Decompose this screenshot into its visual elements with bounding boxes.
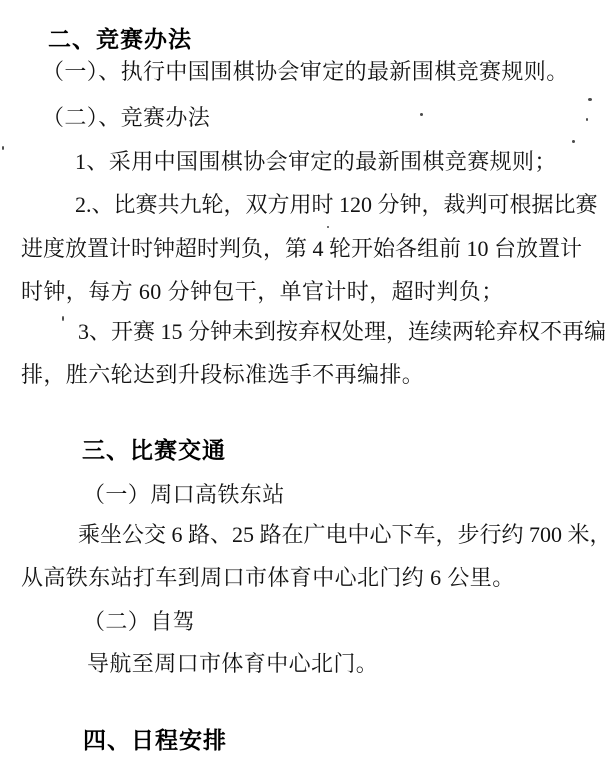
transport-sub2-title: （二）自驾 xyxy=(83,609,195,634)
transport-bus-line-1: 乘坐公交 6 路、25 路在广电中心下车，步行约 700 米， xyxy=(78,522,612,547)
method-item-2-line-3: 时钟，每方 60 分钟包干，单官计时，超时判负； xyxy=(21,279,504,304)
method-item-2-line-1: 2.、比赛共九轮，双方用时 120 分钟，裁判可根据比赛 xyxy=(75,192,598,217)
section-heading-transport: 三、比赛交通 xyxy=(82,437,226,463)
transport-bus-line-2: 从高铁东站打车到周口市体育中心北门约 6 公里。 xyxy=(21,565,515,590)
method-item-2-line-2: 进度放置计时钟超时判负，第 4 轮开始各组前 10 台放置计 xyxy=(21,236,582,261)
scan-speck xyxy=(588,98,592,101)
document-page: 二、竞赛办法 （一）、执行中国围棋协会审定的最新围棋竞赛规则。 （二）、竞赛办法… xyxy=(0,0,613,783)
section-heading-schedule: 四、日程安排 xyxy=(83,727,227,753)
scan-speck xyxy=(327,226,329,228)
scan-speck xyxy=(420,113,423,116)
method-item-1: 1、采用中国围棋协会审定的最新围棋竞赛规则； xyxy=(75,149,557,174)
method-item-3-line-1: 3、开赛 15 分钟未到按弃权处理，连续两轮弃权不再编 xyxy=(78,319,606,344)
transport-sub1-title: （一）周口高铁东站 xyxy=(83,482,285,507)
transport-drive-text: 导航至周口市体育中心北门。 xyxy=(87,651,378,676)
para-rules: （一）、执行中国围棋协会审定的最新围棋竞赛规则。 xyxy=(42,59,569,84)
para-method-label: （二）、竞赛办法 xyxy=(42,105,210,130)
scan-speck xyxy=(586,118,588,121)
scan-speck xyxy=(572,140,575,143)
scan-speck xyxy=(2,146,4,150)
section-heading-competition-method: 二、竞赛办法 xyxy=(48,26,192,52)
method-item-3-line-2: 排，胜六轮达到升段标准选手不再编排。 xyxy=(21,362,424,387)
scan-speck xyxy=(62,316,64,321)
